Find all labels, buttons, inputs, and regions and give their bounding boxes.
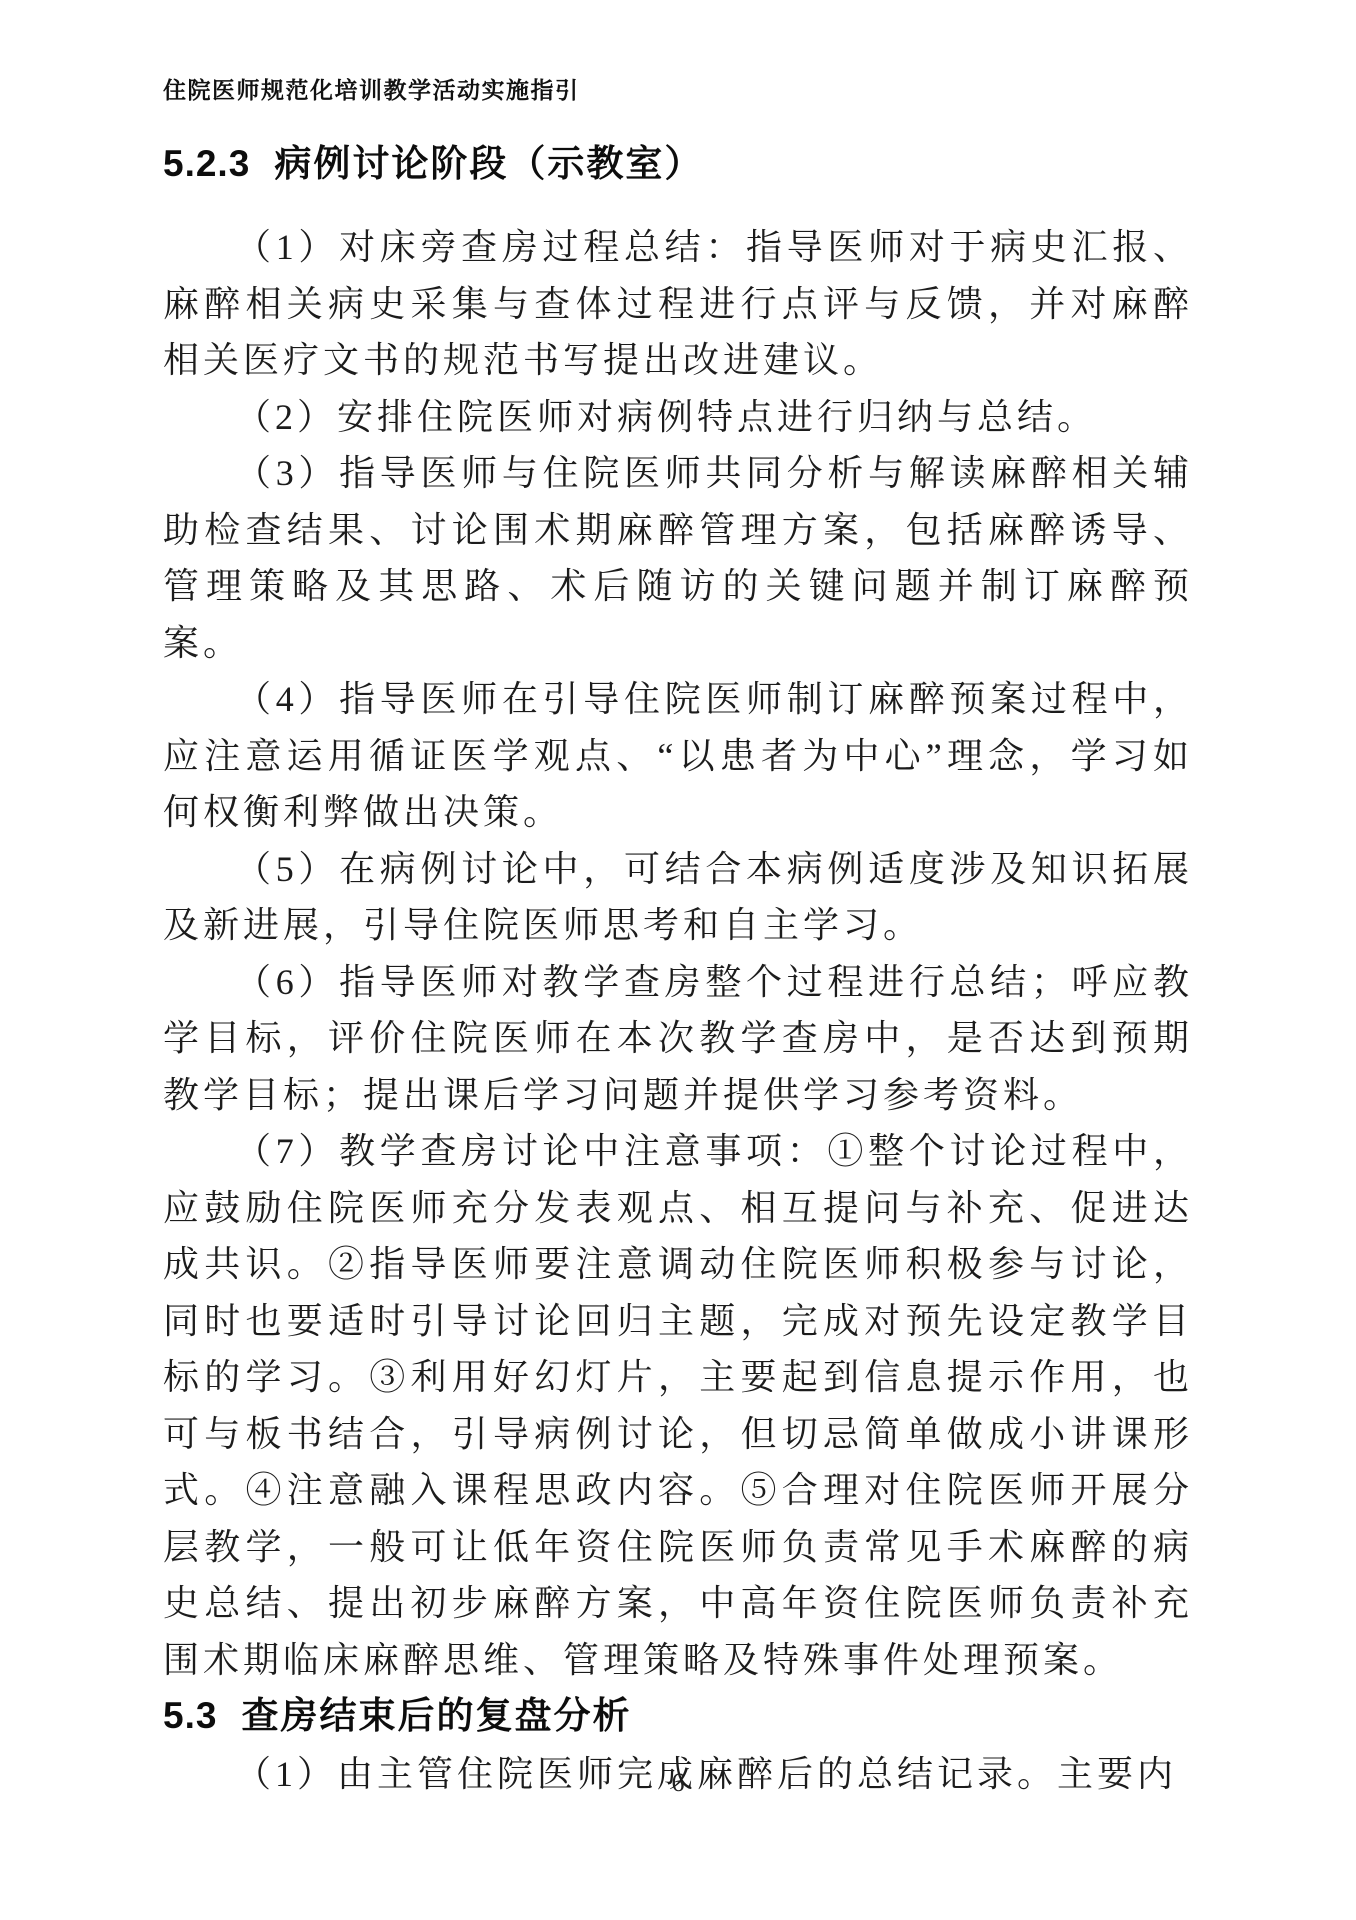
paragraph-2: （2）安排住院医师对病例特点进行归纳与总结。 bbox=[163, 389, 1193, 446]
document-page: 住院医师规范化培训教学活动实施指引 5.2.3病例讨论阶段（示教室） （1）对床… bbox=[0, 0, 1356, 1802]
section-title: 病例讨论阶段（示教室） bbox=[274, 144, 703, 185]
paragraph-7: （7）教学查房讨论中注意事项：①整个讨论过程中，应鼓励住院医师充分发表观点、相互… bbox=[163, 1123, 1193, 1688]
paragraph-4: （4）指导医师在引导住院医师制订麻醉预案过程中，应注意运用循证医学观点、“以患者… bbox=[163, 671, 1193, 841]
section-title: 查房结束后的复盘分析 bbox=[241, 1696, 631, 1737]
page-number: 6 bbox=[0, 1768, 1356, 1798]
section-heading-5-2-3: 5.2.3病例讨论阶段（示教室） bbox=[163, 138, 1193, 191]
section-5-2-3: 5.2.3病例讨论阶段（示教室） （1）对床旁查房过程总结：指导医师对于病史汇报… bbox=[163, 138, 1193, 1688]
paragraph-1: （1）对床旁查房过程总结：指导医师对于病史汇报、麻醉相关病史采集与查体过程进行点… bbox=[163, 219, 1193, 389]
section-number: 5.2.3 bbox=[163, 143, 250, 184]
paragraph-6: （6）指导医师对教学查房整个过程进行总结；呼应教学目标，评价住院医师在本次教学查… bbox=[163, 954, 1193, 1124]
section-heading-5-3: 5.3查房结束后的复盘分析 bbox=[163, 1688, 1193, 1746]
paragraph-3: （3）指导医师与住院医师共同分析与解读麻醉相关辅助检查结果、讨论围术期麻醉管理方… bbox=[163, 445, 1193, 671]
section-number: 5.3 bbox=[163, 1695, 217, 1736]
running-header: 住院医师规范化培训教学活动实施指引 bbox=[163, 76, 1193, 106]
paragraph-5: （5）在病例讨论中，可结合本病例适度涉及知识拓展及新进展，引导住院医师思考和自主… bbox=[163, 841, 1193, 954]
